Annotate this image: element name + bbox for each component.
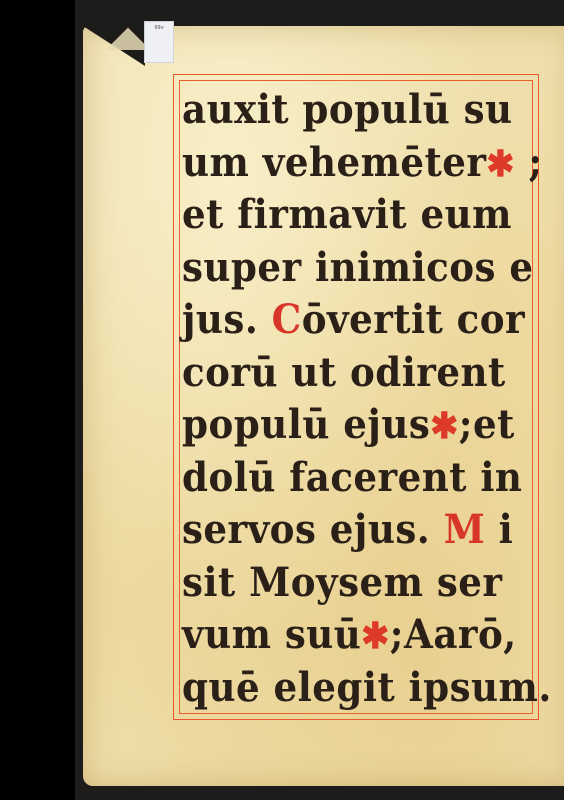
line-text: auxit populū su xyxy=(182,86,513,133)
line-text: et firmavit eum xyxy=(182,191,512,238)
line-text: um vehemēter xyxy=(182,139,486,186)
line-text: ;Aarō, xyxy=(390,611,517,658)
red-star-icon: ✱ xyxy=(361,615,390,657)
text-line: sit Moysem ser xyxy=(182,557,526,610)
line-text: quē elegit ipsum. xyxy=(182,664,552,711)
text-line: vum suū✱;Aarō, xyxy=(182,609,526,662)
red-star-icon: ✱ xyxy=(430,405,459,447)
text-line: et firmavit eum xyxy=(182,189,526,242)
line-text: ;et xyxy=(459,401,515,448)
red-initial-c: C xyxy=(272,296,302,343)
line-text: ; xyxy=(515,139,543,186)
line-text: super inimicos e xyxy=(182,244,533,291)
text-line: um vehemēter✱ ; xyxy=(182,137,526,190)
text-line: quē elegit ipsum. xyxy=(182,662,526,715)
folio-label: 99v xyxy=(145,25,173,31)
line-text: dolū facerent in xyxy=(182,454,522,501)
text-line: auxit populū su xyxy=(182,84,526,137)
line-text: vum suū xyxy=(182,611,361,658)
line-text: jus. xyxy=(182,296,272,343)
text-line: populū ejus✱;et xyxy=(182,399,526,452)
text-line: corū ut odirent xyxy=(182,347,526,400)
line-text: sit Moysem ser xyxy=(182,559,502,606)
left-black-border xyxy=(0,0,75,800)
text-line: servos ejus. M i xyxy=(182,504,526,557)
line-text: populū ejus xyxy=(182,401,430,448)
red-star-icon: ✱ xyxy=(486,143,515,185)
line-text: corū ut odirent xyxy=(182,349,506,396)
line-text: i xyxy=(485,506,513,553)
line-text: ōvertit cor xyxy=(302,296,525,343)
folio-label-tag: 99v xyxy=(144,21,174,63)
manuscript-text: auxit populū su um vehemēter✱ ; et firma… xyxy=(182,84,552,714)
text-line: super inimicos e xyxy=(182,242,526,295)
text-line: jus. Cōvertit cor xyxy=(182,294,526,347)
line-text: servos ejus. xyxy=(182,506,444,553)
red-initial-m: M xyxy=(444,506,486,553)
text-line: dolū facerent in xyxy=(182,452,526,505)
